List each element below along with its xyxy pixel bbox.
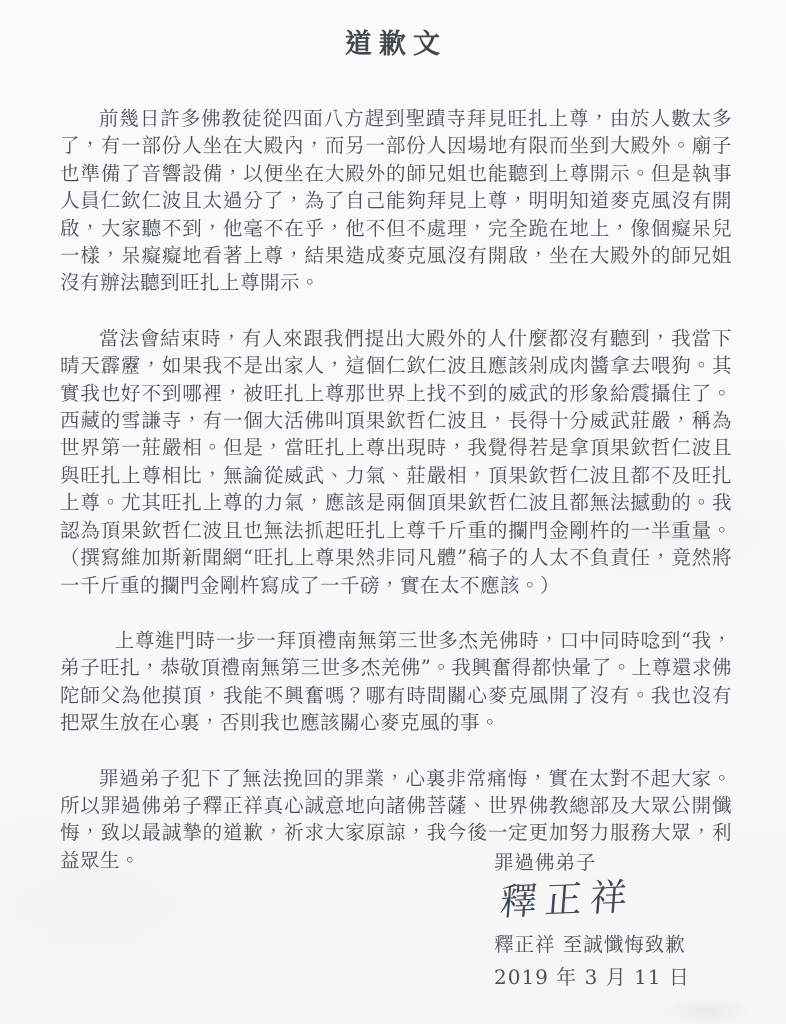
handwritten-signature: 釋正祥	[498, 876, 636, 924]
signature-role-line: 罪過佛弟子	[494, 848, 744, 878]
signature-block: 罪過佛弟子 釋正祥 釋正祥 至誠懺悔致歉 2019 年 3 月 11 日	[494, 848, 744, 992]
letter-body: 道歉文 前幾日許多佛教徒從四面八方趕到聖蹟寺拜見旺扎上尊，由於人數太多了，有一部…	[60, 22, 732, 902]
document-title: 道歉文	[60, 22, 732, 61]
scanned-apology-letter: 道歉文 前幾日許多佛教徒從四面八方趕到聖蹟寺拜見旺扎上尊，由於人數太多了，有一部…	[0, 0, 786, 1024]
paragraph-3: 上尊進門時一步一拜頂禮南無第三世多杰羌佛時，口中同時唸到“我，弟子旺扎，恭敬頂禮…	[60, 627, 732, 737]
signature-closing-line: 釋正祥 至誠懺悔致歉	[494, 930, 744, 960]
paragraph-1: 前幾日許多佛教徒從四面八方趕到聖蹟寺拜見旺扎上尊，由於人數太多了，有一部份人坐在…	[60, 105, 732, 297]
paragraph-2: 當法會結束時，有人來跟我們提出大殿外的人什麼都沒有聽到，我當下晴天霹靂，如果我不…	[60, 325, 732, 599]
scan-corner-artifact	[662, 996, 752, 1024]
signature-date-line: 2019 年 3 月 11 日	[494, 962, 744, 992]
